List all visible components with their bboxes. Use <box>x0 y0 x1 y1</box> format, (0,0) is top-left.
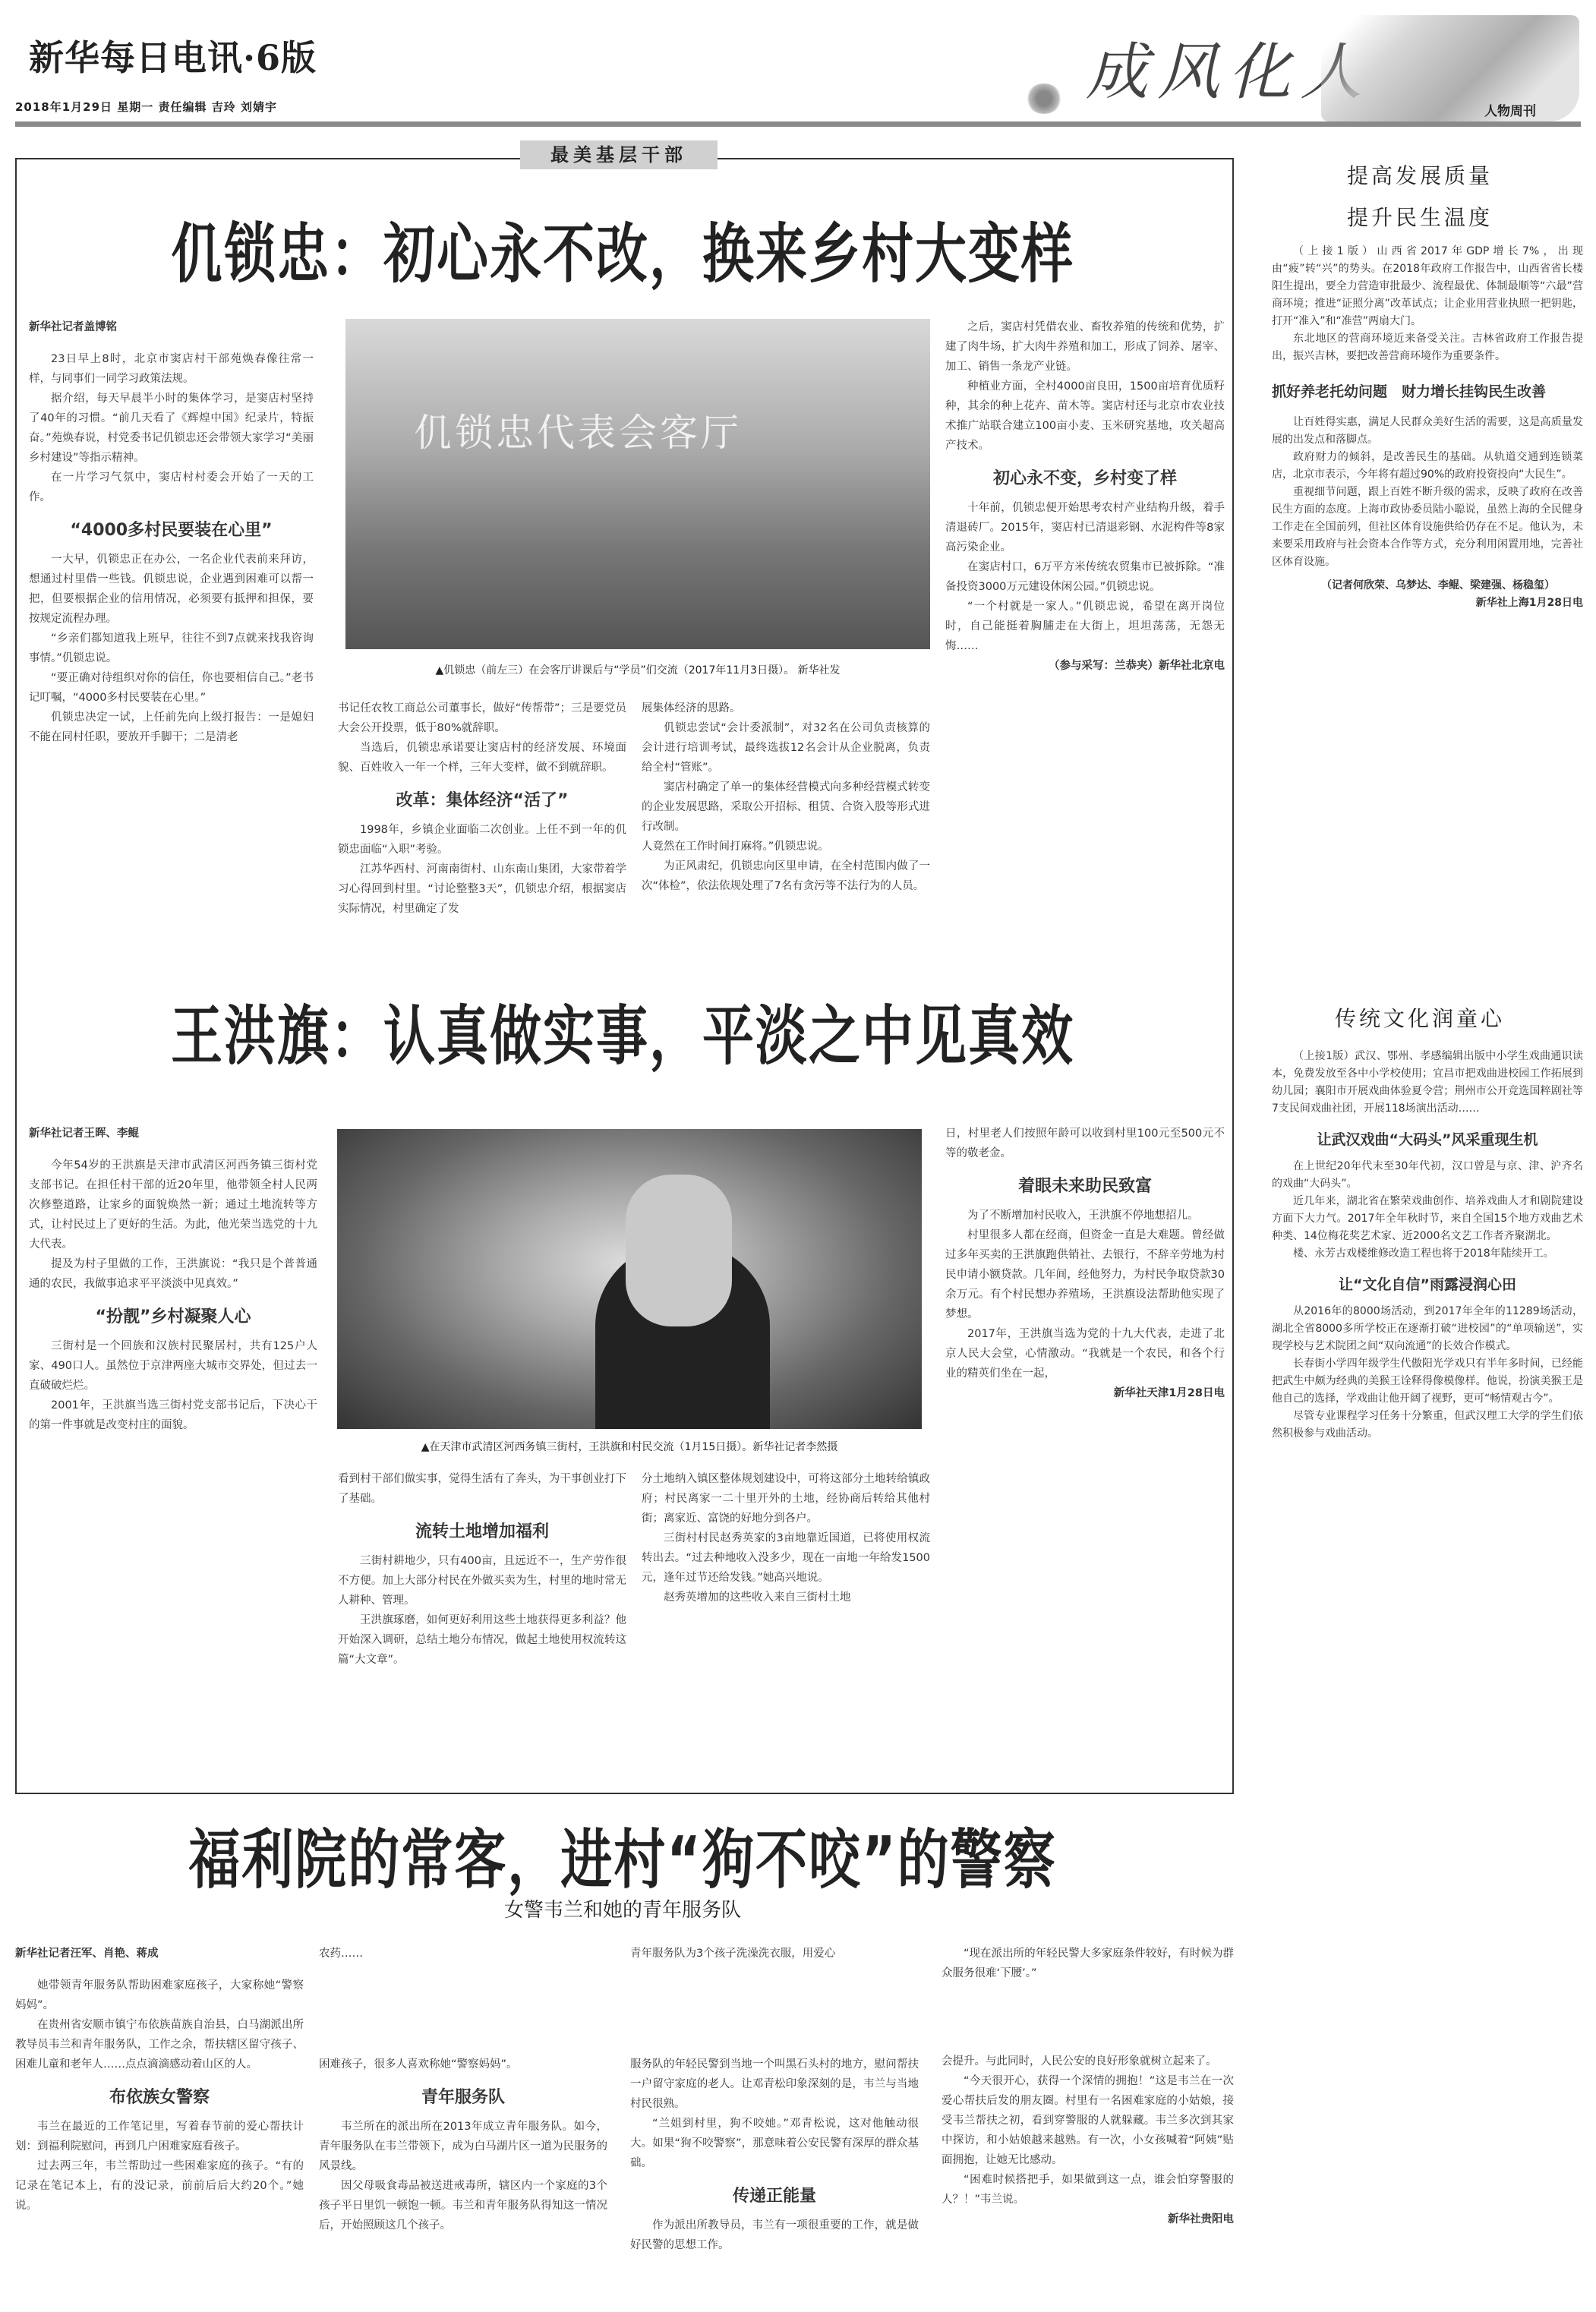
sidebar-story1-credit: （记者何欣荣、乌梦达、李鲲、梁建强、杨稳玺） <box>1272 577 1583 595</box>
article3-subhead-2: 青年服务队 <box>319 2088 607 2108</box>
article2-subhead-1: “扮靓”乡村凝聚人心 <box>29 1307 317 1327</box>
article2-col4: 日，村里老人们按照年龄可以收到村里100元至500元不等的敬老金。 着眼未来助民… <box>945 1124 1225 1403</box>
section-brand-subtitle: 人物周刊 <box>1484 100 1536 119</box>
article1-byline: 新华社记者盖博铭 <box>29 317 314 337</box>
article1-col4: 之后，窦店村凭借农业、畜牧养殖的传统和优势，扩建了肉牛场，扩大肉牛养殖和加工，形… <box>945 317 1225 676</box>
hands-illustration <box>1321 15 1579 121</box>
article1-subhead-2: 改革：集体经济“活了” <box>338 791 626 811</box>
article1-col2: 书记任农牧工商总公司董事长，做好“传帮带”；三是要党员大会公开投票，低于80%就… <box>338 699 626 919</box>
article3-col3: 青年服务队为3个孩子洗澡洗衣服，用爱心 服务队的年轻民警到当地一个叫黑石头村的地… <box>630 1944 919 2255</box>
article1-col3: 展集体经济的思路。 仉锁忠尝试“会计委派制”，对32名在公司负责核算的会计进行培… <box>642 699 930 896</box>
sidebar-story2-subhead-2: 让“文化自信”雨露浸润心田 <box>1272 1276 1583 1294</box>
page-masthead-title: 新华每日电讯·6版 <box>29 30 317 80</box>
article3-subhead-3: 传递正能量 <box>630 2187 919 2206</box>
article1-headline: 仉锁忠：初心永不改，换来乡村大变样 <box>30 203 1215 295</box>
article1-photo-caption: ▲仉锁忠（前左三）在会客厅讲课后与“学员”们交流（2017年11月3日摄）。 新… <box>345 662 930 677</box>
article1-col1: 新华社记者盖博铭 23日早上8时，北京市窦店村干部苑焕春像往常一样，与同事们一同… <box>29 317 314 747</box>
article2-subhead-3: 着眼未来助民致富 <box>945 1177 1225 1197</box>
sidebar-story2-body: （上接1版）武汉、鄂州、孝感编辑出版中小学生戏曲通识读本，免费发放至各中小学校使… <box>1272 1048 1583 1443</box>
article2-signature: 新华社天津1月28日电 <box>945 1383 1225 1403</box>
sidebar-story1-title1: 提高发展质量 <box>1257 159 1583 190</box>
sidebar-story1-subhead: 抓好养老托幼问题 财力增长挂钩民生改善 <box>1272 379 1583 405</box>
sidebar-story1-signature: 新华社上海1月28日电 <box>1272 595 1583 612</box>
article1-photo: 仉锁忠代表会客厅 <box>345 319 930 649</box>
article3-subhead-1: 布依族女警察 <box>15 2088 304 2108</box>
article2-photo <box>337 1129 922 1429</box>
cloud-ornament-icon <box>1025 84 1063 114</box>
article3-col2: 农药…… 困难孩子，很多人喜欢称她“警察妈妈”。 青年服务队 韦兰所在的派出所在… <box>319 1944 607 2235</box>
article2-photo-caption: ▲在天津市武清区河西务镇三街村，王洪旗和村民交流（1月15日摄）。新华社记者李然… <box>337 1439 922 1454</box>
sidebar-story1-title2: 提升民生温度 <box>1257 201 1583 232</box>
article2-headline: 王洪旗：认真做实事，平淡之中见真效 <box>30 986 1215 1077</box>
article1-signature: （参与采写：兰恭夹）新华社北京电 <box>945 656 1225 676</box>
article1-subhead-3: 初心永不变，乡村变了样 <box>945 469 1225 489</box>
article3-col1: 新华社记者汪军、肖艳、蒋成 她带领青年服务队帮助困难家庭孩子，大家称她“警察妈妈… <box>15 1944 304 2216</box>
article2-col3: 分土地纳入镇区整体规划建设中，可将这部分土地转给镇政府；村民离家一二十里开外的土… <box>642 1469 930 1607</box>
page-masthead-meta: 2018年1月29日 星期一 责任编辑 吉玲 刘婧宇 <box>15 99 277 115</box>
article2-byline: 新华社记者王晖、李鲲 <box>29 1124 317 1143</box>
article1-subhead-1: “4000多村民要装在心里” <box>29 521 314 541</box>
article2-col1: 新华社记者王晖、李鲲 今年54岁的王洪旗是天津市武清区河西务镇三街村党支部书记。… <box>29 1124 317 1435</box>
photo-banner-text: 仉锁忠代表会客厅 <box>414 402 742 457</box>
article2-col2: 看到村干部们做实事，觉得生活有了奔头，为干事创业打下了基础。 流转土地增加福利 … <box>338 1469 626 1670</box>
article3-byline: 新华社记者汪军、肖艳、蒋成 <box>15 1944 304 1963</box>
section-tag: 最美基层干部 <box>520 140 718 169</box>
article3-headline: 福利院的常客，进村“狗不咬”的警察 <box>30 1809 1215 1901</box>
article3-subtitle: 女警韦兰和她的青年服务队 <box>30 1894 1215 1922</box>
article3-signature: 新华社贵阳电 <box>942 2209 1234 2229</box>
sidebar-story2-subhead-1: 让武汉戏曲“大码头”风采重现生机 <box>1272 1131 1583 1149</box>
sidebar-story1-body: （上接1版）山西省2017年GDP增长7%，出现由“疲”转“兴”的势头。在201… <box>1272 243 1583 612</box>
article3-col4: “现在派出所的年轻民警大多家庭条件较好，有时候为群众服务很难‘下腰’。” 会提升… <box>942 1944 1234 2229</box>
masthead-divider <box>15 121 1581 127</box>
sidebar-story2-title: 传统文化润童心 <box>1257 1002 1583 1033</box>
photo-person-face <box>626 1175 732 1326</box>
article2-subhead-2: 流转土地增加福利 <box>338 1522 626 1542</box>
